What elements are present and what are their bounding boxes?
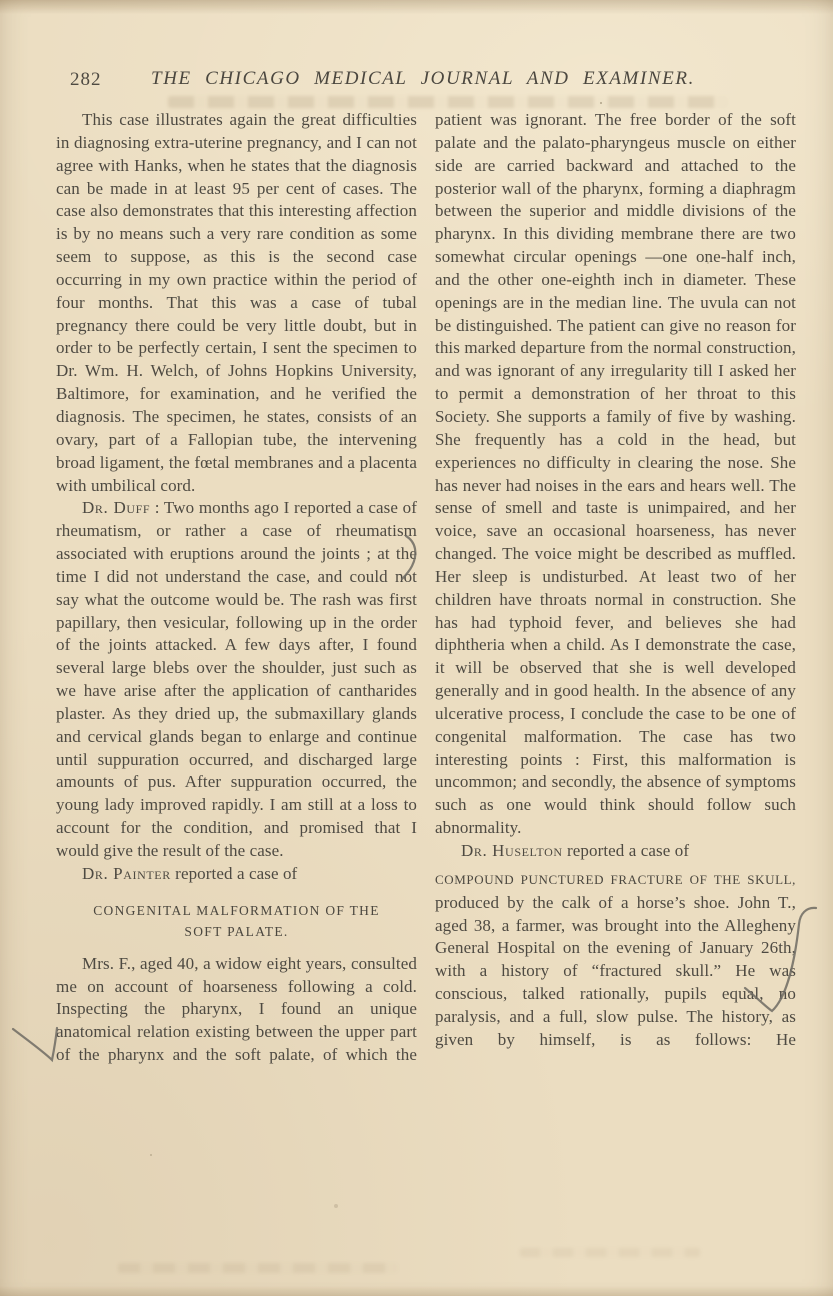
paragraph-patient-was-ignorant: patient was ignorant. The free border of…	[435, 109, 796, 840]
paper-specks	[600, 102, 602, 104]
print-bleed-ghost-bottom-right	[520, 1248, 700, 1257]
paragraph-text: : Two months ago I reported a case of rh…	[56, 498, 417, 860]
paragraph-dr-huselton: Dr. Huselton reported a case of	[435, 840, 796, 863]
print-bleed-ghost-header	[168, 96, 728, 108]
speaker-name-painter: Dr. Painter	[82, 864, 171, 883]
speaker-name-duff: Dr. Duff	[82, 498, 150, 517]
right-column: patient was ignorant. The free border of…	[435, 109, 796, 1067]
text-columns: This case illustrates again the great di…	[56, 109, 796, 1067]
page-number: 282	[70, 69, 102, 91]
section-heading-congenital-malformation: CONGENITAL MALFORMATION OF THE SOFT PALA…	[72, 900, 401, 942]
paragraph-dr-duff: Dr. Duff : Two months ago I reported a c…	[56, 497, 417, 863]
paragraph-dr-painter: Dr. Painter reported a case of	[56, 863, 417, 886]
journal-title: THE CHICAGO MEDICAL JOURNAL AND EXAMINER…	[56, 68, 790, 90]
paragraph-text: reported a case of	[171, 864, 298, 883]
paragraph-text: reported a case of	[563, 841, 690, 860]
paragraph-produced-by-calk: produced by the calk of a horse’s shoe. …	[435, 892, 796, 1052]
paragraph-case-illustrates: This case illustrates again the great di…	[56, 109, 417, 497]
print-bleed-ghost-bottom-left	[118, 1263, 398, 1273]
running-head: 282 THE CHICAGO MEDICAL JOURNAL AND EXAM…	[56, 68, 790, 96]
left-column: This case illustrates again the great di…	[56, 109, 417, 1067]
scanned-journal-page: 282 THE CHICAGO MEDICAL JOURNAL AND EXAM…	[0, 0, 833, 1296]
paragraph-mrs-f: Mrs. F., aged 40, a widow eight years, c…	[56, 953, 417, 1067]
speaker-name-huselton: Dr. Huselton	[461, 841, 563, 860]
subheading-compound-punctured-fracture: COMPOUND PUNCTURED FRACTURE OF THE SKULL…	[435, 869, 796, 892]
